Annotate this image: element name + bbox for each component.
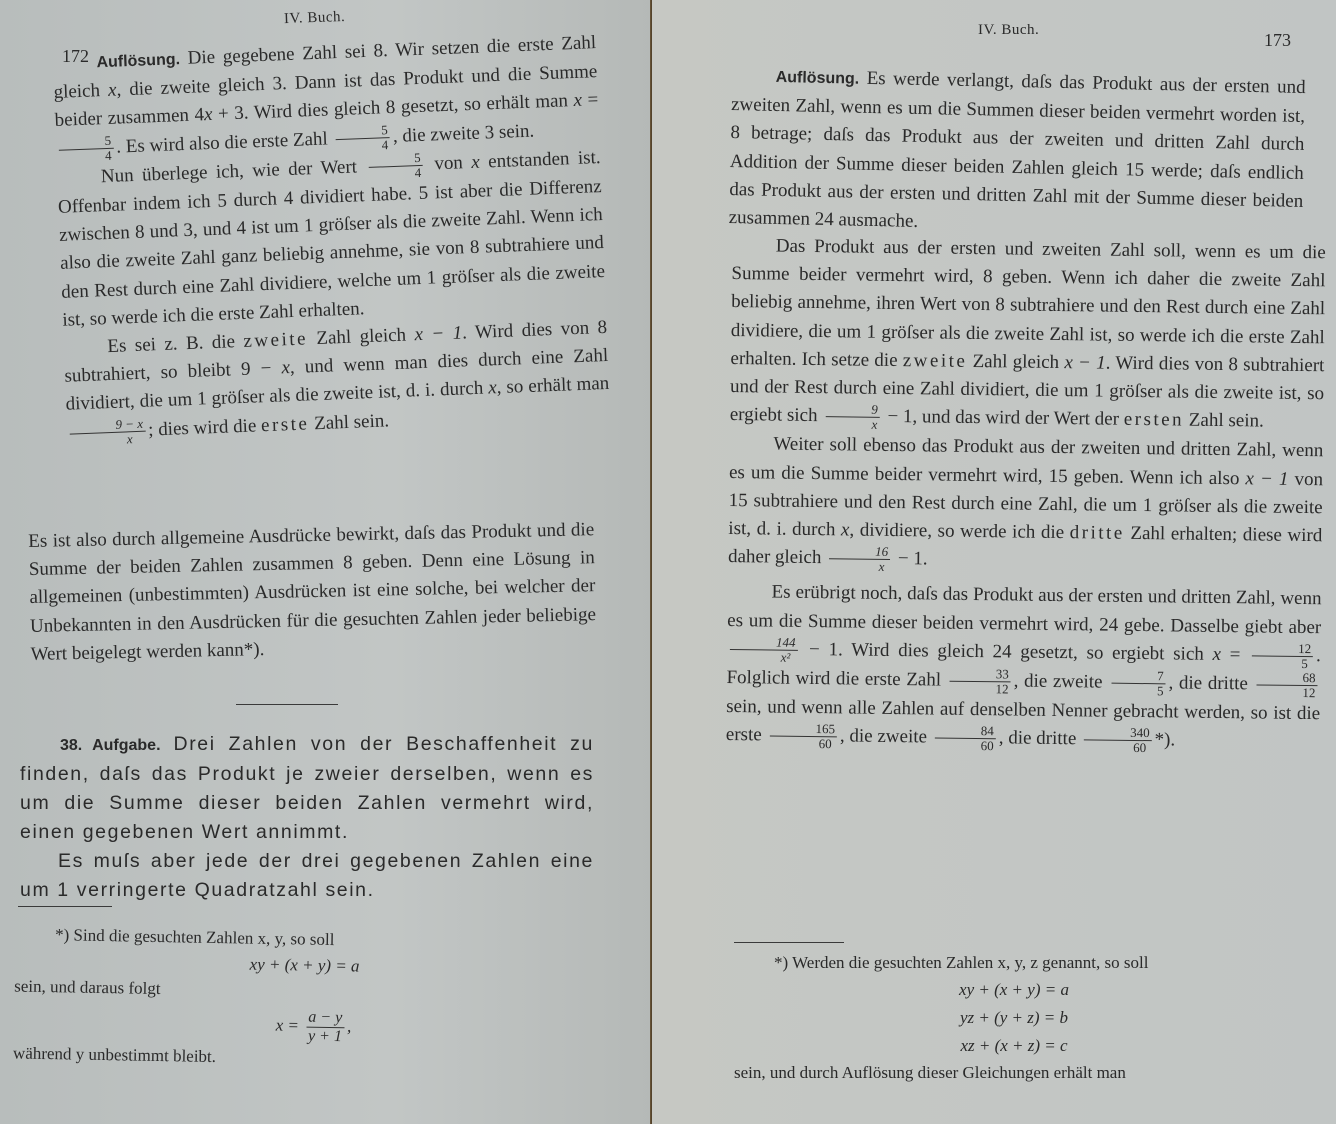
text-run: Zahl sein.	[309, 410, 389, 434]
spaced-word: ersten	[1124, 409, 1185, 431]
problem-38: 38. Aufgabe. Drei Zahlen von der Beschaf…	[20, 730, 594, 905]
left-footnote: *) Sind die gesuchten Zahlen x, y, so so…	[13, 921, 535, 1075]
problem-statement: 38. Aufgabe. Drei Zahlen von der Beschaf…	[20, 730, 594, 847]
left-page: IV. Buch. 172 Auflösung. Die gegebene Za…	[0, 0, 652, 1124]
paragraph-result: Es erübrigt noch, daſs das Produkt aus d…	[726, 578, 1322, 757]
paragraph-reflection: Nun überlege ich, wie der Wert 54 von x …	[56, 144, 606, 335]
text-run: Es sei z. B. die	[107, 331, 244, 357]
numerator: 7	[1111, 669, 1166, 685]
equation: xz + (x + z) = c	[734, 1032, 1294, 1060]
numerator: 33	[950, 667, 1011, 683]
problem-heading: 38. Aufgabe.	[60, 737, 161, 754]
problem-condition: Es muſs aber jede der drei gegebenen Zah…	[20, 847, 594, 905]
text-run: , die zweite	[840, 726, 932, 748]
numerator: 12	[1252, 641, 1313, 657]
text-run: , die dritte	[999, 728, 1082, 750]
math-var: x	[841, 519, 850, 540]
math-expr: x − 1	[1245, 468, 1288, 490]
text-run: =	[1221, 644, 1249, 665]
page-number: 173	[1264, 30, 1291, 51]
book-spread: IV. Buch. 172 Auflösung. Die gegebene Za…	[0, 0, 1336, 1124]
equation: yz + (y + z) = b	[734, 1004, 1294, 1032]
text-run: Zahl gleich	[308, 324, 415, 349]
footnote-intro: *) Werden die gesuchten Zahlen x, y, z g…	[734, 950, 1294, 976]
running-head: IV. Buch.	[284, 9, 346, 28]
denominator: 5	[1252, 656, 1313, 671]
left-body-top: Auflösung. Die gegebene Zahl sei 8. Wir …	[52, 29, 611, 448]
numerator: 144	[730, 635, 798, 651]
numerator: 9	[825, 403, 880, 419]
section-heading: Auflösung.	[776, 69, 860, 88]
numerator: 16	[829, 545, 890, 561]
fraction: 125	[1252, 641, 1313, 671]
text-run: , so erhält man	[496, 373, 609, 398]
denominator: x	[825, 418, 880, 433]
numerator: 68	[1256, 670, 1317, 686]
footnote-text: sein, und durch Auflösung dieser Gleichu…	[734, 1060, 1294, 1086]
numerator: a − y	[306, 1009, 344, 1029]
fraction: 8460	[935, 724, 996, 754]
left-body-conclusion: Es ist also durch allgemeine Ausdrücke b…	[28, 516, 597, 669]
text-run: Es erübrigt noch, daſs das Produkt aus d…	[727, 582, 1322, 638]
paragraph-conclusion: Es ist also durch allgemeine Ausdrücke b…	[28, 516, 597, 669]
fraction: 54	[335, 123, 391, 154]
fraction: 6812	[1256, 670, 1317, 700]
text-run: , die zweite	[1014, 670, 1109, 692]
text-run: ; dies wird die	[148, 415, 262, 440]
right-body-main: Das Produkt aus der ersten und zweiten Z…	[726, 232, 1326, 758]
footnote-rule	[734, 942, 844, 943]
text-run: Zahl sein.	[1184, 410, 1264, 432]
paragraph-first-number: Das Produkt aus der ersten und zweiten Z…	[730, 232, 1326, 438]
numerator: 84	[935, 724, 996, 740]
denominator: x²	[730, 650, 798, 665]
denominator: 60	[935, 739, 996, 754]
spaced-word: zweite	[903, 350, 968, 372]
equation-lhs: x =	[276, 1015, 304, 1034]
text-run: Es werde verlangt, daſs das Produkt aus …	[729, 68, 1306, 232]
text-run: , die dritte	[1168, 672, 1253, 694]
fraction: 34060	[1084, 726, 1152, 756]
text-run: , die zweite 3 sein.	[392, 120, 534, 146]
section-heading: Auflösung.	[96, 51, 180, 71]
text-run: *).	[1154, 729, 1175, 750]
numerator: 165	[769, 722, 837, 738]
text-run: , dividiere, so werde ich die	[849, 519, 1070, 543]
denominator: x	[70, 431, 146, 448]
paragraph-third-number: Weiter soll ebenso das Produkt aus der z…	[728, 430, 1324, 579]
denominator: 5	[1111, 684, 1166, 699]
text-run: . Es wird also die erste Zahl	[116, 128, 333, 157]
fraction: 16560	[769, 722, 837, 752]
math-expr: x − 1	[414, 322, 462, 345]
text-run: von	[425, 152, 471, 175]
right-body-top: Auflösung. Es werde verlangt, daſs das P…	[728, 62, 1305, 244]
spaced-word: dritte	[1070, 522, 1125, 544]
running-head: IV. Buch.	[978, 22, 1039, 39]
spaced-word: erste	[261, 413, 310, 436]
fraction: 3312	[950, 667, 1011, 697]
right-footnote: *) Werden die gesuchten Zahlen x, y, z g…	[734, 950, 1294, 1086]
fraction: 16x	[829, 545, 890, 575]
denominator: 12	[1256, 685, 1317, 700]
denominator: 60	[769, 737, 837, 752]
denominator: 60	[1084, 741, 1152, 756]
text-run: Zahl gleich	[967, 351, 1064, 373]
text-run: =	[582, 89, 599, 111]
fraction: 144x²	[730, 635, 798, 665]
text-run: Weiter soll ebenso das Produkt aus der z…	[729, 434, 1324, 489]
numerator: 340	[1084, 726, 1152, 742]
paragraph-example: Es sei z. B. die zweite Zahl gleich x − …	[63, 314, 611, 449]
fraction: 54	[58, 133, 114, 164]
denominator: y + 1	[306, 1028, 344, 1047]
right-page: IV. Buch. 173 Auflösung. Es werde verlan…	[652, 0, 1336, 1124]
denominator: x	[829, 560, 890, 575]
math-expr: x − 1	[1064, 352, 1106, 374]
paragraph-solution: Auflösung. Es werde verlangt, daſs das P…	[728, 62, 1305, 244]
fraction: 9x	[825, 403, 880, 433]
spaced-word: zweite	[243, 328, 308, 351]
fraction: 54	[368, 151, 424, 182]
section-divider	[236, 704, 338, 705]
equation: xy + (x + y) = a	[734, 976, 1294, 1004]
denominator: 12	[950, 682, 1011, 697]
paragraph-solution: Auflösung. Die gegebene Zahl sei 8. Wir …	[52, 29, 600, 165]
fraction: 9 − xx	[69, 416, 146, 448]
fraction: a − yy + 1	[306, 1009, 345, 1047]
text-run: − 1. Wird dies gleich 24 gesetzt, so erg…	[800, 639, 1212, 665]
fraction: 75	[1111, 669, 1166, 699]
text-run: − 1, und das wird der Wert der	[883, 406, 1124, 430]
footnote-rule	[18, 906, 112, 907]
text-run: − 1.	[893, 548, 928, 569]
denominator: 4	[368, 166, 423, 182]
